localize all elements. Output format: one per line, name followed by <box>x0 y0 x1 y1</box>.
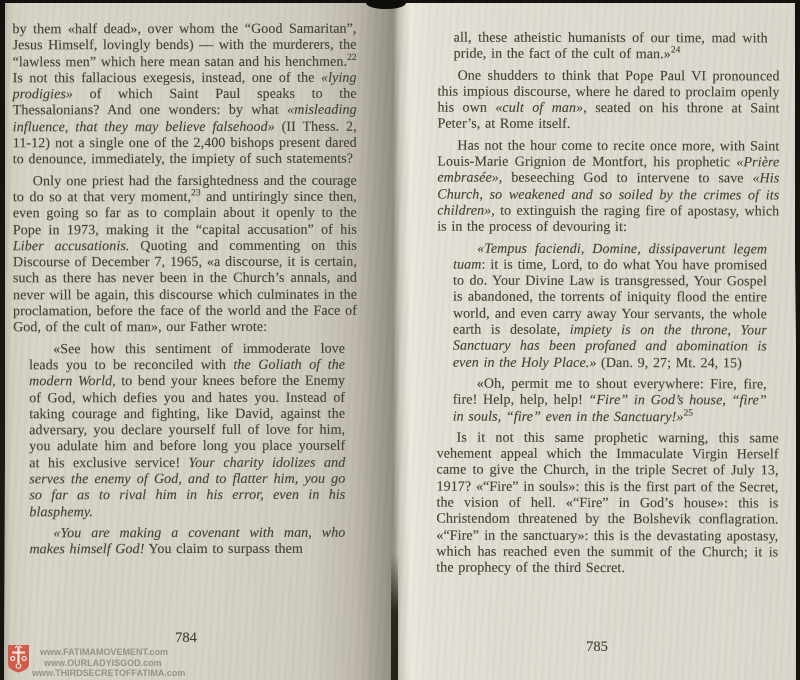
footnote-reference: 24 <box>671 46 681 56</box>
text-run: , beseeching God to intervene to save <box>499 171 753 187</box>
page-right: all, these atheistic humanists of our ti… <box>394 0 796 680</box>
watermark-url-thirdsecretoffatima: www.THIRDSECRETOFFATIMA.com <box>32 668 185 679</box>
block-quote-paragraph: «Tempus faciendi, Domine, dissipaverunt … <box>453 241 767 372</box>
footnote-reference: 22 <box>347 53 357 63</box>
scan-edge-left <box>0 0 5 655</box>
book-gutter-shadow <box>391 555 398 680</box>
text-run: Is not this fallacious exegesis, instead… <box>13 71 321 87</box>
block-quote-paragraph: «You are making a covenant with man, who… <box>29 526 345 559</box>
page-left-text: by them «half dead», over whom the “Good… <box>13 22 358 564</box>
body-paragraph: by them «half dead», over whom the “Good… <box>13 22 357 169</box>
watermark-url-ourladyisgod: www.OURLADYISGOD.com <box>44 658 185 669</box>
text-run: Has not the hour come to recite once mor… <box>437 138 779 170</box>
page-right-text: all, these atheistic humanists of our ti… <box>436 26 779 583</box>
body-paragraph: Has not the hour come to recite once mor… <box>437 138 779 237</box>
block-quote-paragraph: «See how this sentiment of immoderate lo… <box>29 341 345 521</box>
block-quote-paragraph: «Oh, permit me to shout everywhere: Fire… <box>453 377 767 427</box>
page-number-right: 785 <box>567 639 627 656</box>
watermark-url-fatimamovement: www.FATIMAMOVEMENT.com <box>40 647 185 658</box>
text-run: by them «half dead», over whom the “Good… <box>13 22 357 70</box>
footnote-reference: 25 <box>683 408 693 418</box>
text-run: (Dan. 9, 27; Mt. 24, 15) <box>596 356 741 371</box>
scan-edge-right <box>795 0 800 345</box>
fatima-crest-icon <box>7 644 30 673</box>
block-quote-paragraph: all, these atheistic humanists of our ti… <box>454 31 768 64</box>
page-left: by them «half dead», over whom the “Good… <box>4 0 394 680</box>
text-run: «cult of man» <box>495 101 583 116</box>
footnote-reference: 23 <box>191 188 201 198</box>
text-run: Liber accusationis. <box>13 239 130 254</box>
book-spread-scan: by them «half dead», over whom the “Good… <box>0 0 800 680</box>
watermark-links: www.FATIMAMOVEMENT.com www.OURLADYISGOD.… <box>34 644 185 679</box>
body-paragraph: Is it not this same prophetic warning, t… <box>436 430 778 578</box>
body-paragraph: Only one priest had the farsightedness a… <box>13 173 357 337</box>
text-run: You claim to surpass them <box>144 542 303 557</box>
text-run: Is it not this same prophetic warning, t… <box>436 430 778 576</box>
watermark: www.FATIMAMOVEMENT.com www.OURLADYISGOD.… <box>7 644 185 679</box>
text-run: all, these atheistic humanists of our ti… <box>454 31 768 63</box>
body-paragraph: One shudders to think that Pope Paul VI … <box>437 68 779 134</box>
